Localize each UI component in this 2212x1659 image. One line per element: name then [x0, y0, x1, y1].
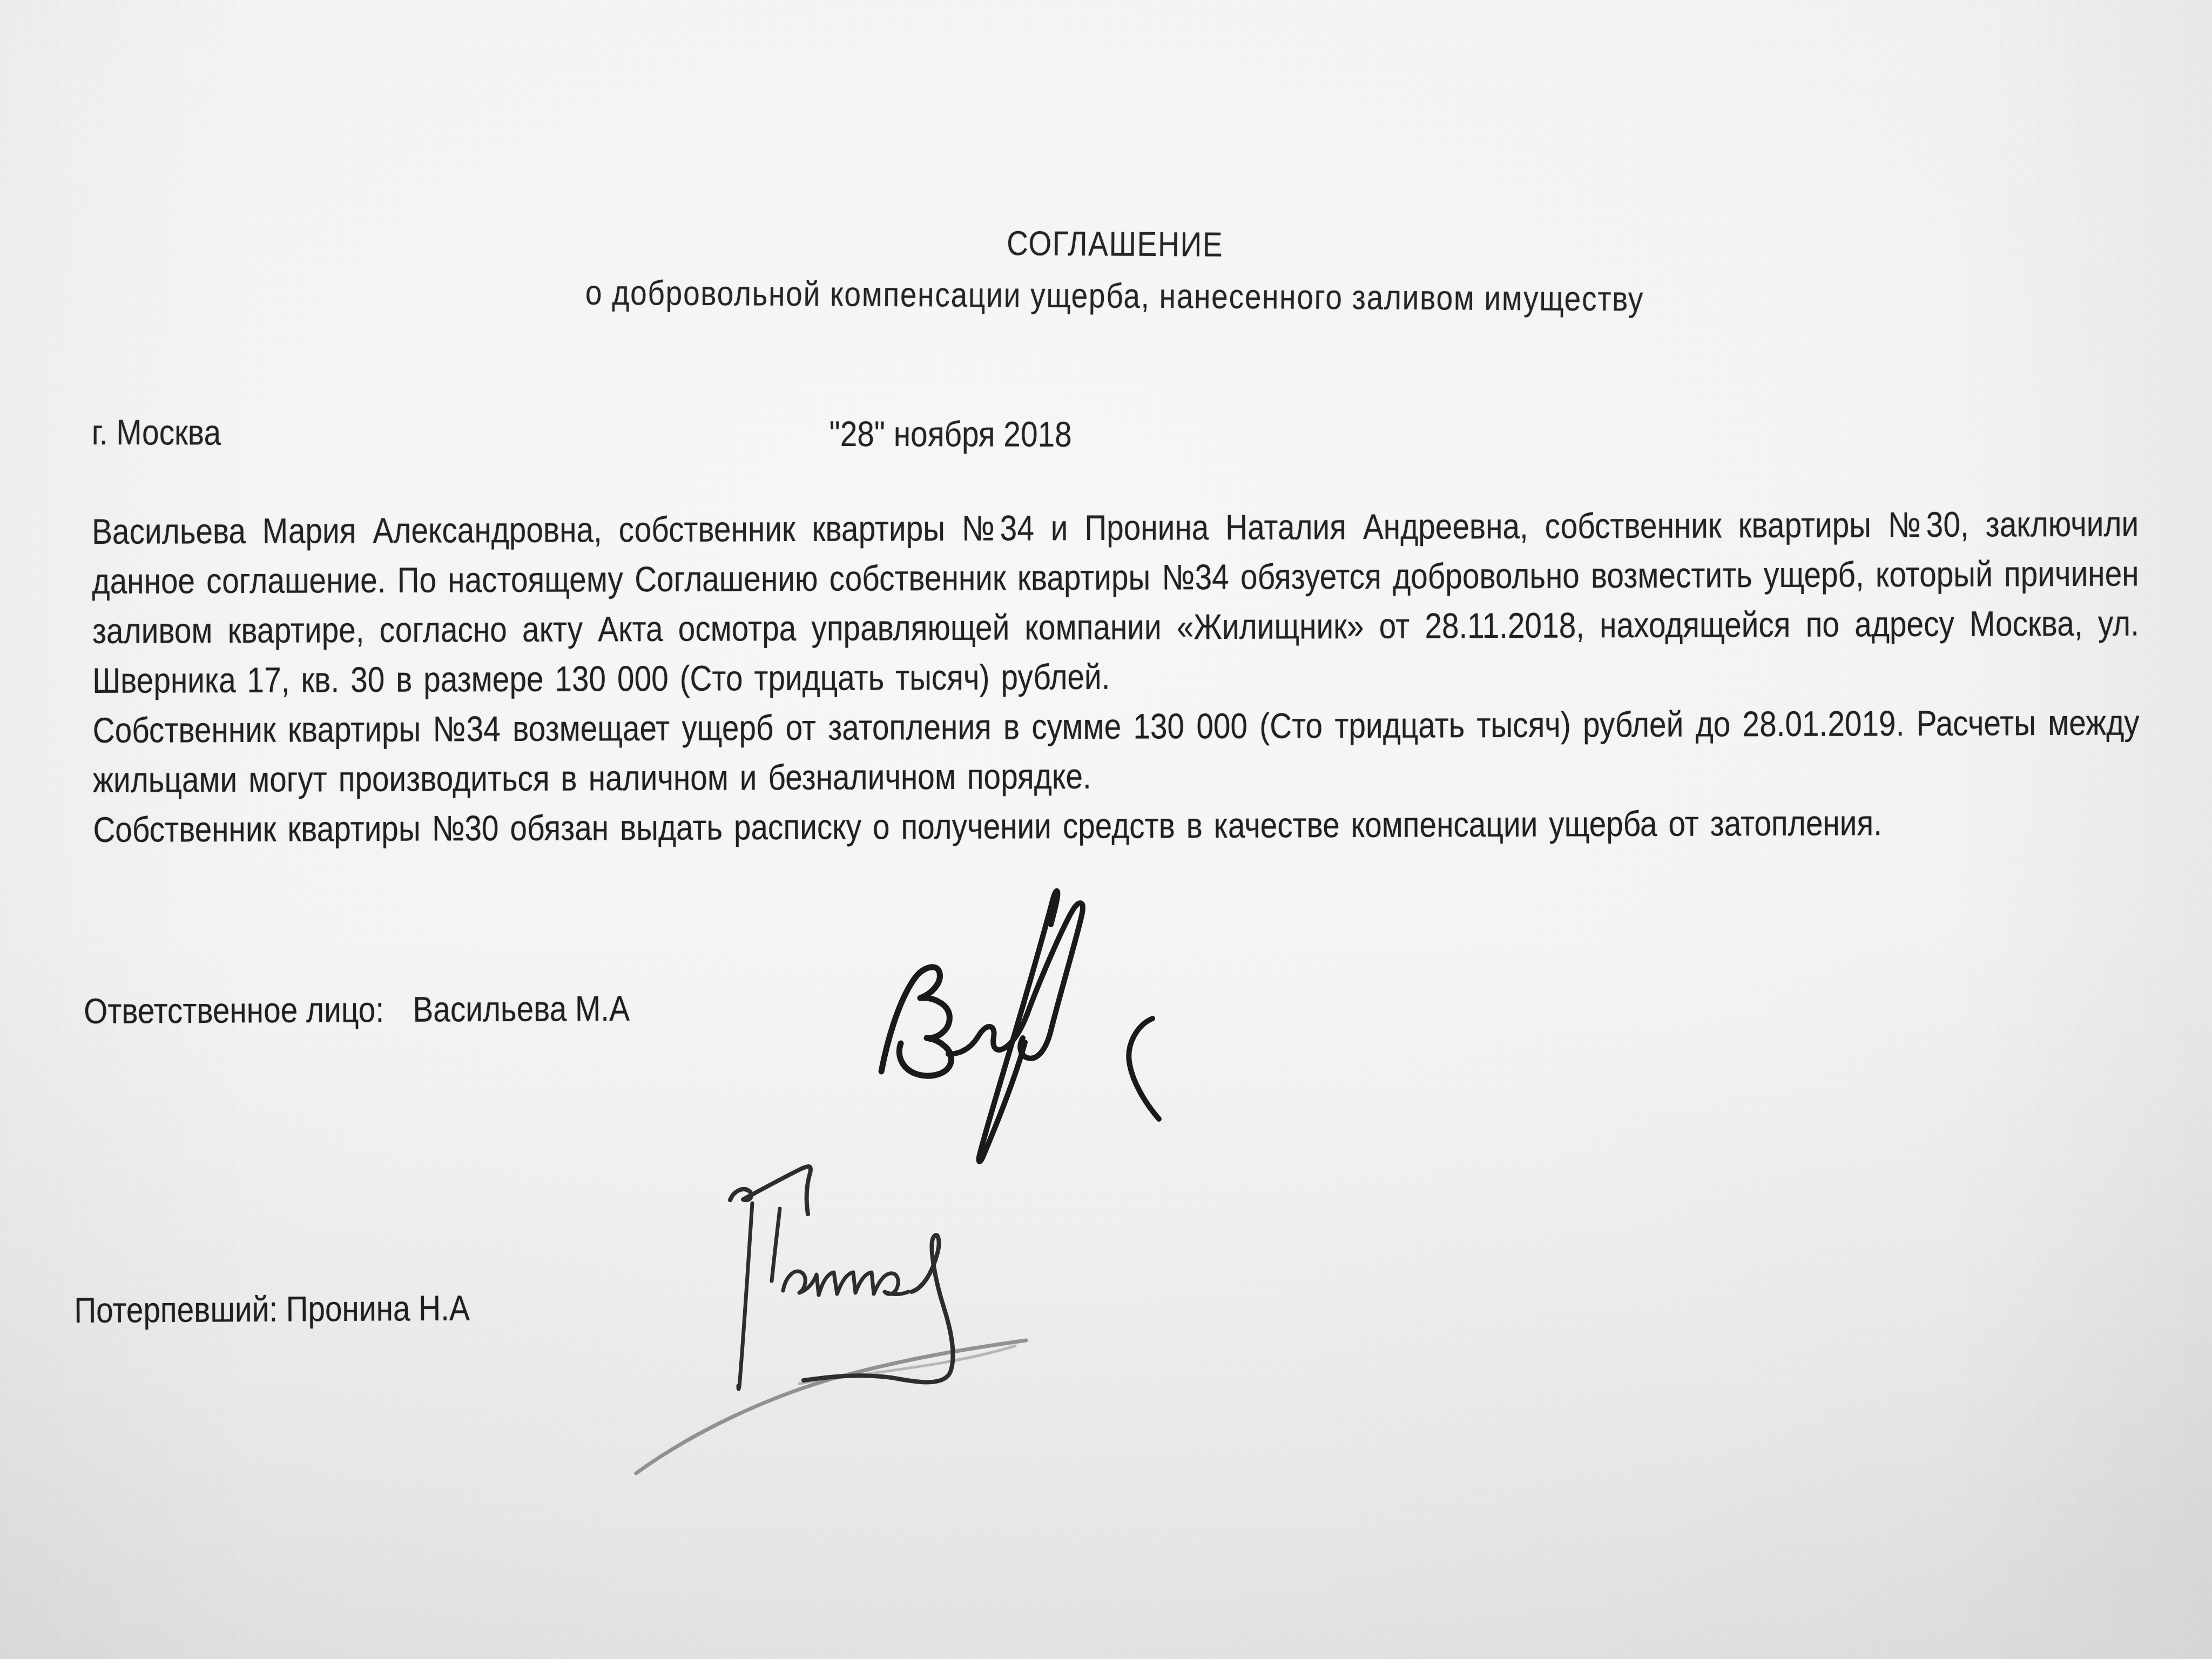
victim-row: Потерпевший:Пронина Н.А [74, 1273, 2121, 1335]
agreement-paragraph-2: Собственник квартиры №34 возмещает ущерб… [92, 697, 2140, 805]
agreement-paragraph-1: Васильева Мария Александровна, собственн… [92, 498, 2139, 705]
title-block: СОГЛАШЕНИЕ о добровольной компенсации ущ… [91, 212, 2139, 328]
agreement-body: Васильева Мария Александровна, собственн… [92, 498, 2140, 854]
responsible-name: Васильева М.А [413, 988, 630, 1029]
victim-label: Потерпевший: [74, 1289, 278, 1330]
city-date-row: г. Москва "28" ноября 2018 [92, 406, 2139, 462]
victim-name: Пронина Н.А [286, 1288, 470, 1329]
agreement-paragraph-3: Собственник квартиры №30 обязан выдать р… [93, 797, 2140, 854]
signature-pronina [621, 1150, 1048, 1485]
document-photo: СОГЛАШЕНИЕ о добровольной компенсации ущ… [0, 0, 2212, 1659]
date-label: "28" ноября 2018 [829, 408, 1071, 460]
signature-vasilyeva [864, 875, 1177, 1177]
city-label: г. Москва [92, 412, 221, 453]
responsible-label: Ответственное лицо: [84, 989, 384, 1031]
